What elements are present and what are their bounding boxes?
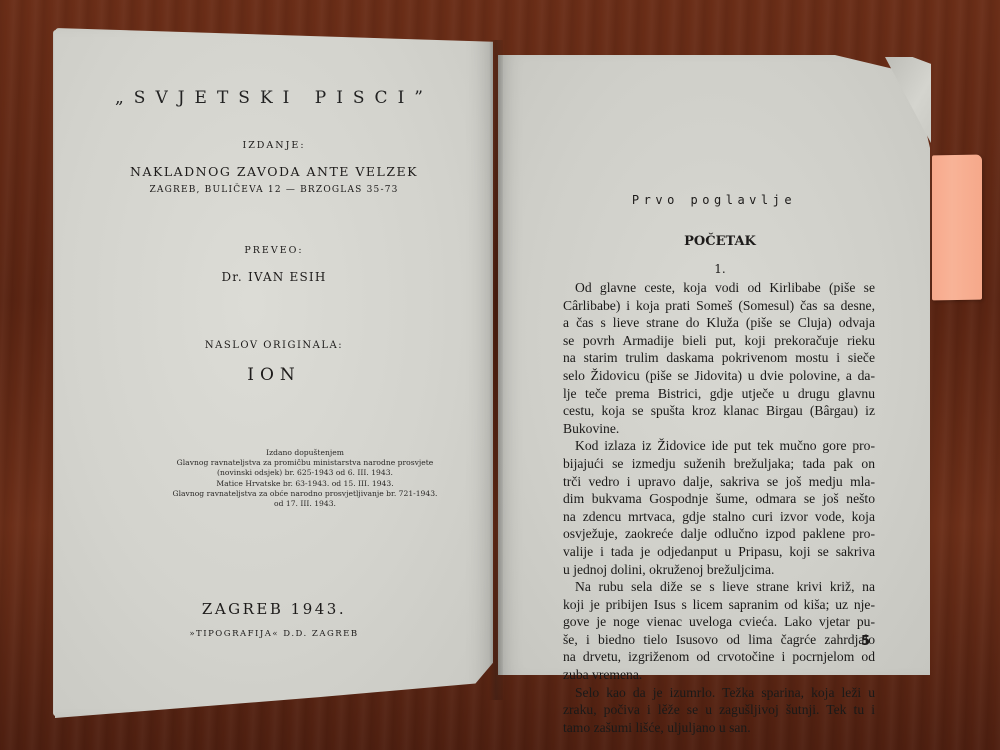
- translator-label: PREVEO:: [55, 245, 493, 256]
- series-title: „SVJETSKI PISCI”: [55, 88, 493, 108]
- publisher-name: NAKLADNOG ZAVODA ANTE VELZEK: [55, 164, 493, 179]
- paragraph: Na rubu sela diže se s lieve strane kriv…: [563, 578, 875, 684]
- text-line: se povrh Armadije bieli put, koji prekor…: [563, 332, 875, 350]
- text-line: Od glavne ceste, koja vodi od Kirlibabe …: [563, 279, 875, 297]
- text-line: Selo kao da je izumrlo. Težka sparina, k…: [563, 684, 875, 702]
- permit-line: od 17. III. 1943.: [160, 499, 450, 509]
- paragraph: Kod izlaza iz Židovice ide put tek mučno…: [563, 437, 875, 578]
- text-line: u jednoj dolini, okruženoj brežuljcima.: [563, 561, 875, 579]
- text-line: bijajući se izmedju suženih brežuljaka; …: [563, 455, 875, 473]
- text-line: osvježuje, zaokreće dalje odlučno izpod …: [563, 525, 875, 543]
- printer-name: »TIPOGRAFIJA« D.D. ZAGREB: [55, 629, 493, 639]
- text-line: Kod izlaza iz Židovice ide put tek mučno…: [563, 437, 875, 455]
- text-line: selo Židovicu (piše se Jidovita) u dvie …: [563, 367, 875, 385]
- text-line: Na rubu sela diže se s lieve strane kriv…: [563, 578, 875, 596]
- permit-line: Izdano dopuštenjem: [160, 448, 450, 458]
- paragraph: Selo kao da je izumrlo. Težka sparina, k…: [563, 684, 875, 737]
- page-number: 5: [861, 634, 870, 649]
- text-line: valije i tada je odjedanput u Pripasu, k…: [563, 543, 875, 561]
- section-number: 1.: [560, 262, 880, 276]
- text-line: cestu, koja se spušta kroz klanac Birgau…: [563, 402, 875, 420]
- chapter-title: POČETAK: [560, 234, 880, 249]
- permit-line: Matice Hrvatske br. 63-1943. od 15. III.…: [160, 479, 450, 489]
- text-line: na starim trulim daskama pokrivenom most…: [563, 349, 875, 367]
- original-title: ION: [55, 365, 493, 385]
- paragraph: Od glavne ceste, koja vodi od Kirlibabe …: [563, 279, 875, 437]
- text-line: gove je noge vienac uveloga cvieća. Lako…: [563, 613, 875, 631]
- text-line: na zdencu mrtvaca, gdje stalno curi izvo…: [563, 508, 875, 526]
- sticky-note-bookmark: [932, 155, 982, 301]
- permit-line: Glavnog ravnateljstva za promičbu minist…: [160, 458, 450, 468]
- permit-line: Glavnog ravnateljstva za obće narodno pr…: [160, 489, 450, 499]
- text-line: trči vedro i upravo dalje, sakriva se jo…: [563, 473, 875, 491]
- text-line: še, i biedno tielo Isusovo od lima čagrć…: [563, 631, 875, 649]
- text-line: lje teče prema Bistrici, gdje utječe u d…: [563, 385, 875, 403]
- text-line: koji je pribijen Isus s licem sapranim o…: [563, 596, 875, 614]
- text-line: tamo zašumi lišće, uljuljano u san.: [563, 719, 875, 737]
- publisher-address: ZAGREB, BULIČEVA 12 — BRZOGLAS 35-73: [55, 185, 493, 195]
- text-line: a čas s lieve strane do Kluža (piše se C…: [563, 314, 875, 332]
- chapter-body-text: Od glavne ceste, koja vodi od Kirlibabe …: [563, 279, 875, 736]
- chapter-label: Prvo poglavlje: [498, 193, 930, 207]
- text-line: dim bukvama Gospodnje šume, odmara se jo…: [563, 490, 875, 508]
- text-line: Cârlibabe) i koja prati Someš (Somesul) …: [563, 297, 875, 315]
- text-line: na drvetu, izgriženom od crvotočine i po…: [563, 648, 875, 666]
- permit-line: (novinski odsjek) br. 625-1943 od 6. III…: [160, 468, 450, 478]
- text-line: zraku, počiva i lěže se u zagušljivoj šu…: [563, 701, 875, 719]
- publication-permits: Izdano dopuštenjem Glavnog ravnateljstva…: [160, 448, 450, 509]
- text-line: Bukovine.: [563, 420, 875, 438]
- text-line: zuba vremena.: [563, 666, 875, 684]
- imprint-city-year: ZAGREB 1943.: [55, 600, 493, 618]
- original-title-label: NASLOV ORIGINALA:: [55, 340, 493, 351]
- translator-name: Dr. IVAN ESIH: [55, 270, 493, 284]
- izdanje-label: IZDANJE:: [55, 140, 493, 151]
